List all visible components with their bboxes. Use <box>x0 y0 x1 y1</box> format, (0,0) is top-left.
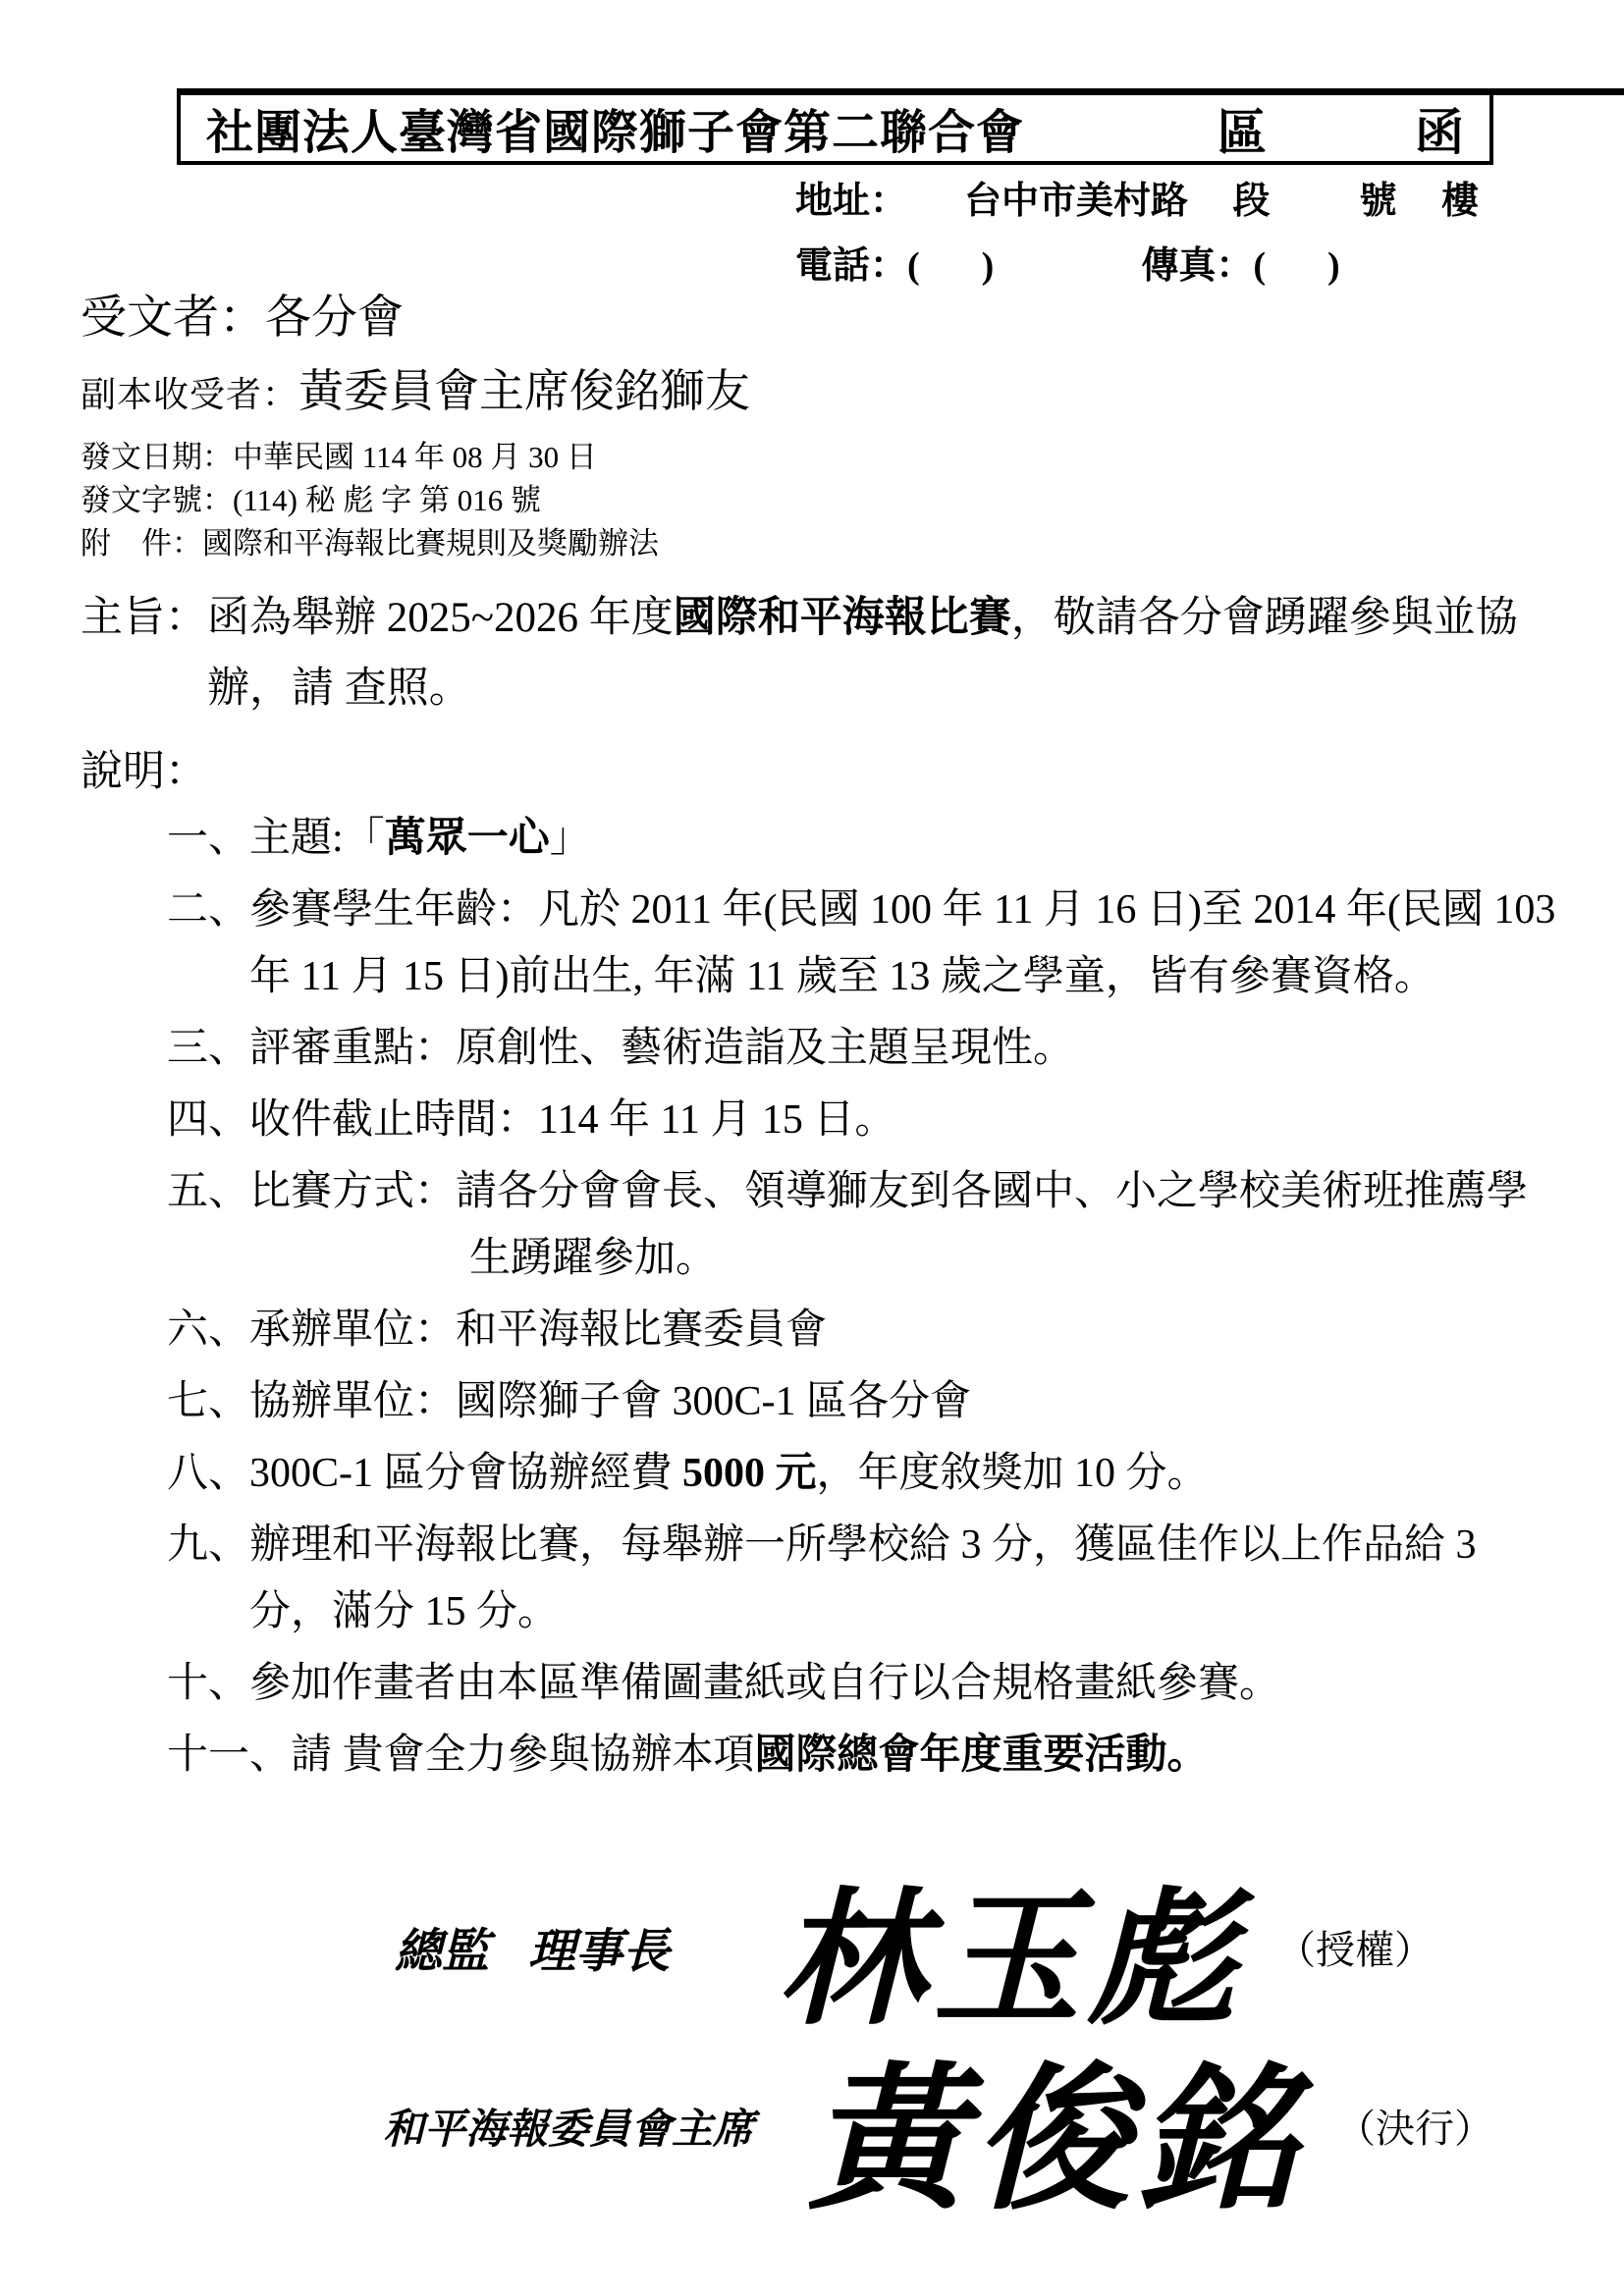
item-text-bold: 萬眾一心 <box>385 816 550 861</box>
item-text-post: ，年度敘獎加 10 分。 <box>817 1451 1209 1496</box>
signature-name: 黃俊銘 <box>808 2013 1303 2239</box>
item-number: 六、 <box>167 1297 249 1363</box>
item-text-pre: 300C-1 區分會協辦經費 <box>249 1451 682 1496</box>
item-text-pre: 評審重點：原創性、藝術造詣及主題呈現性。 <box>249 1026 1074 1071</box>
item-text: 請 貴會全力參與協辦本項國際總會年度重要活動。 <box>291 1722 1569 1789</box>
subject-text-pre: 函為舉辦 2025~2026 年度 <box>207 595 674 641</box>
cc-row: 副本收受者： 黃委員會主席俊銘獅友 <box>81 355 750 420</box>
issue-date-value: 中華民國 114 年 08 月 30 日 <box>233 436 597 479</box>
signature-row-governor: 總監 理事長 林玉彪 （授權） <box>395 1858 1434 2035</box>
list-item-9: 九、 辦理和平海報比賽，每舉辦一所學校給 3 分，獲區佳作以上作品給 3 分，滿… <box>167 1512 1569 1645</box>
doc-type-letter: 函 <box>1415 93 1464 164</box>
ref-number-label: 發文字號： <box>81 479 233 522</box>
item-number: 八、 <box>167 1440 249 1507</box>
phone-value: ( ) <box>907 234 994 298</box>
item-text: 參加作畫者由本區準備圖畫紙或自行以合規格畫紙參賽。 <box>249 1650 1569 1717</box>
recipient-value: 各分會 <box>265 281 404 347</box>
letterhead-box: 社團法人臺灣省國際獅子會第二聯合會 區 函 <box>177 88 1493 165</box>
list-item-4: 四、 收件截止時間：114 年 11 月 15 日。 <box>167 1087 1569 1153</box>
item-text: 協辦單位：國際獅子會 300C-1 區各分會 <box>249 1368 1569 1435</box>
recipient-row: 受文者： 各分會 <box>81 281 404 347</box>
item-text-pre: 辦理和平海報比賽，每舉辦一所學校給 3 分，獲區佳作以上作品給 3 分，滿分 1… <box>249 1522 1477 1634</box>
item-text: 收件截止時間：114 年 11 月 15 日。 <box>249 1087 1569 1153</box>
item-text-pre: 協辦單位：國際獅子會 300C-1 區各分會 <box>249 1379 971 1424</box>
attachment-row: 附 件： 國際和平海報比賽規則及獎勵辦法 <box>81 522 659 565</box>
subject-text-bold: 國際和平海報比賽 <box>674 595 1011 641</box>
ref-number-value: (114) 秘 彪 字 第 016 號 <box>233 479 541 522</box>
address-row: 地址： 台中市美村路 段 號 樓 <box>795 169 1479 234</box>
list-item-8: 八、 300C-1 區分會協辦經費 5000 元，年度敘獎加 10 分。 <box>167 1440 1569 1507</box>
item-text-bold: 5000 元 <box>682 1451 817 1496</box>
address-label: 地址： <box>795 169 907 234</box>
org-title: 社團法人臺灣省國際獅子會第二聯合會 <box>206 94 1024 162</box>
attachment-label: 附 件： <box>81 522 202 565</box>
fax-label: 傳真： <box>1141 234 1253 298</box>
item-number: 五、 <box>167 1158 249 1292</box>
doc-type-district: 區 <box>1218 93 1267 164</box>
explanation-list: 一、 主題:「萬眾一心」 二、 參賽學生年齡：凡於 2011 年(民國 100 … <box>167 805 1569 1793</box>
item-text-post: 」 <box>550 816 591 861</box>
list-item-3: 三、 評審重點：原創性、藝術造詣及主題呈現性。 <box>167 1015 1569 1082</box>
item-text: 比賽方式：請各分會會長、領導獅友到各國中、小之學校美術班推薦學生踴躍參加。 <box>249 1158 1569 1292</box>
item-text-bold: 國際總會年度重要活動。 <box>755 1733 1209 1778</box>
item-number: 二、 <box>167 877 249 1010</box>
item-text: 主題:「萬眾一心」 <box>249 805 1569 872</box>
address-block: 地址： 台中市美村路 段 號 樓 電話： ( ) 傳真： ( ) <box>795 169 1479 298</box>
list-item-2: 二、 參賽學生年齡：凡於 2011 年(民國 100 年 11 月 16 日)至… <box>167 877 1569 1010</box>
attachment-value: 國際和平海報比賽規則及獎勵辦法 <box>202 522 659 565</box>
cc-label: 副本收受者： <box>81 367 298 417</box>
letterhead-top-rule <box>1489 88 1624 95</box>
item-text: 評審重點：原創性、藝術造詣及主題呈現性。 <box>249 1015 1569 1082</box>
issue-date-label: 發文日期： <box>81 436 233 479</box>
meta-block: 發文日期： 中華民國 114 年 08 月 30 日 發文字號： (114) 秘… <box>81 436 659 565</box>
item-text: 辦理和平海報比賽，每舉辦一所學校給 3 分，獲區佳作以上作品給 3 分，滿分 1… <box>249 1512 1569 1645</box>
item-number: 九、 <box>167 1512 249 1645</box>
list-item-5: 五、 比賽方式：請各分會會長、領導獅友到各國中、小之學校美術班推薦學生踴躍參加。 <box>167 1158 1569 1292</box>
subject-text: 函為舉辦 2025~2026 年度國際和平海報比賽，敬請各分會踴躍參與並協辦，請… <box>207 583 1567 724</box>
item-text-pre: 收件截止時間：114 年 11 月 15 日。 <box>249 1097 895 1143</box>
list-item-11: 十一、 請 貴會全力參與協辦本項國際總會年度重要活動。 <box>167 1722 1569 1789</box>
phone-label: 電話： <box>795 234 907 298</box>
item-text-pre: 參賽學生年齡：凡於 2011 年(民國 100 年 11 月 16 日)至 20… <box>249 887 1555 999</box>
item-text: 參賽學生年齡：凡於 2011 年(民國 100 年 11 月 16 日)至 20… <box>249 877 1569 1010</box>
fax-value: ( ) <box>1253 234 1339 298</box>
address-value: 台中市美村路 段 號 樓 <box>964 169 1479 234</box>
signature-title: 總監 理事長 <box>395 1913 670 1981</box>
signature-row-chairman: 和平海報委員會主席 黃俊銘 （決行） <box>383 2020 1493 2231</box>
list-item-10: 十、 參加作畫者由本區準備圖畫紙或自行以合規格畫紙參賽。 <box>167 1650 1569 1717</box>
subject-label: 主旨： <box>81 583 207 724</box>
item-text-pre: 主題:「 <box>249 816 385 861</box>
item-number: 十、 <box>167 1650 249 1717</box>
signature-title: 和平海報委員會主席 <box>383 2097 754 2156</box>
item-number: 七、 <box>167 1368 249 1435</box>
item-number: 一、 <box>167 805 249 872</box>
item-text: 300C-1 區分會協辦經費 5000 元，年度敘獎加 10 分。 <box>249 1440 1569 1507</box>
signature-note: （決行） <box>1336 2098 1493 2154</box>
document-page: 社團法人臺灣省國際獅子會第二聯合會 區 函 地址： 台中市美村路 段 號 樓 電… <box>0 0 1624 2296</box>
ref-number-row: 發文字號： (114) 秘 彪 字 第 016 號 <box>81 479 659 522</box>
list-item-7: 七、 協辦單位：國際獅子會 300C-1 區各分會 <box>167 1368 1569 1435</box>
signature-note: （授權） <box>1276 1919 1434 1975</box>
item-text: 承辦單位：和平海報比賽委員會 <box>249 1297 1569 1363</box>
subject-row: 主旨： 函為舉辦 2025~2026 年度國際和平海報比賽，敬請各分會踴躍參與並… <box>81 583 1567 724</box>
cc-value: 黃委員會主席俊銘獅友 <box>298 355 750 420</box>
list-item-6: 六、 承辦單位：和平海報比賽委員會 <box>167 1297 1569 1363</box>
phone-fax-row: 電話： ( ) 傳真： ( ) <box>795 234 1479 298</box>
item-number: 三、 <box>167 1015 249 1082</box>
issue-date-row: 發文日期： 中華民國 114 年 08 月 30 日 <box>81 436 659 479</box>
list-item-1: 一、 主題:「萬眾一心」 <box>167 805 1569 872</box>
item-text-pre: 請 貴會全力參與協辦本項 <box>291 1733 755 1778</box>
item-text-pre: 比賽方式：請各分會會長、領導獅友到各國中、小之學校美術班推薦學生踴躍參加。 <box>249 1169 1528 1281</box>
item-number: 十一、 <box>167 1722 291 1789</box>
explanation-label: 說明： <box>81 738 207 798</box>
item-number: 四、 <box>167 1087 249 1153</box>
item-text-pre: 承辦單位：和平海報比賽委員會 <box>249 1308 827 1353</box>
item-text-pre: 參加作畫者由本區準備圖畫紙或自行以合規格畫紙參賽。 <box>249 1661 1280 1706</box>
recipient-label: 受文者： <box>81 281 265 347</box>
